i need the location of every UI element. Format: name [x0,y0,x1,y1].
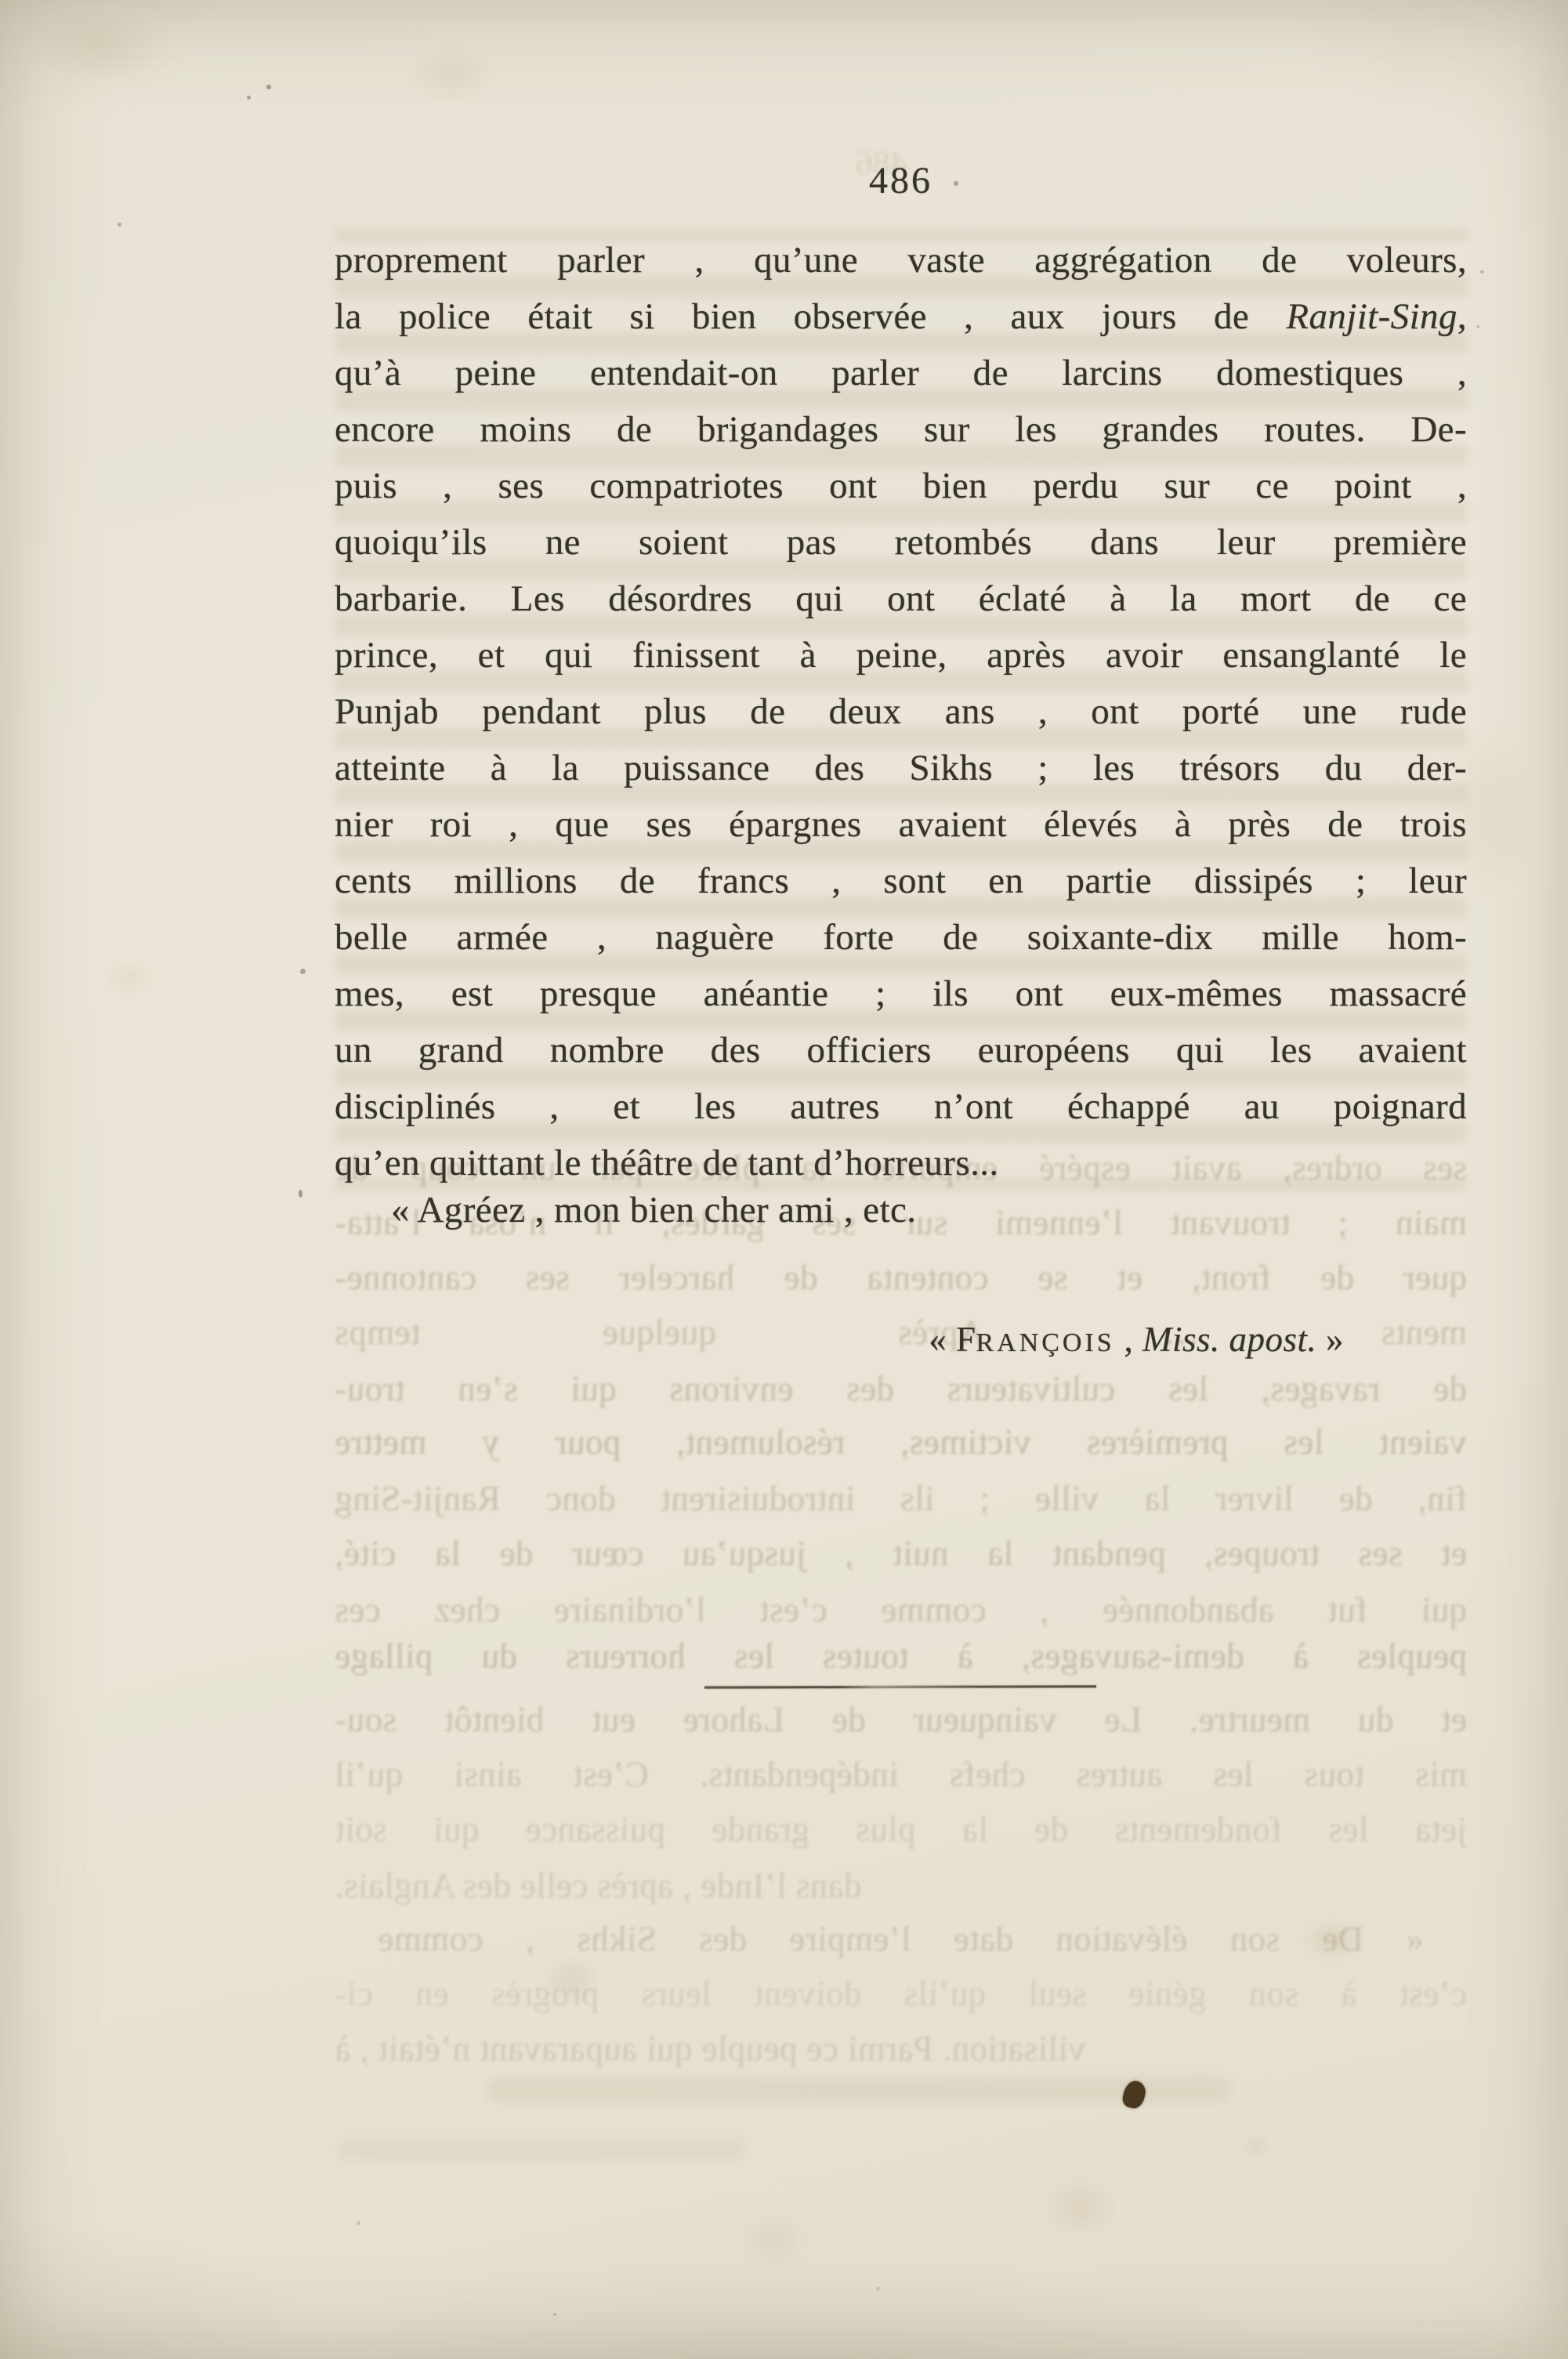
footnote-bleedthrough-smudge [486,2077,1230,2102]
bleedthrough-line: jeta les fondements de la plus grande pu… [335,1804,1467,1854]
bleedthrough-line: mis tous les autres chefs indépendants. … [335,1749,1467,1799]
bleedthrough-line: vilisation. Parmi ce peuple qui auparava… [335,2024,1467,2074]
paragraph-line: Punjab pendant plus de deux ans , ont po… [335,683,1467,740]
signature-close-quote: » [1316,1320,1344,1359]
bleedthrough-line: et du meurtre. Le vainqueur de Lahore eu… [335,1694,1467,1745]
paragraph-line: qu’à peine entendait-on parler de larcin… [335,345,1467,401]
paragraph-line: la police était si bien observée , aux j… [335,288,1467,345]
paragraph-line: disciplinés , et les autres n’ont échapp… [335,1078,1467,1135]
paragraph-line: nier roi , que ses épargnes avaient élev… [335,796,1467,853]
bleedthrough-line: de ravages, les cultivateurs des environ… [335,1364,1467,1414]
bleedthrough-line: dans l’Inde , après celle des Anglais. [335,1861,1467,1911]
paragraph-line: encore moins de brigandages sur les gran… [335,401,1467,458]
paragraph-line: prince, et qui finissent à peine, après … [335,627,1467,683]
signature-line: « FRANÇOIS , Miss. apost. » [335,1311,1467,1368]
paper-speck [299,1190,302,1198]
paper-stain [1301,1919,1363,1962]
paper-speck [1476,325,1479,328]
paper-stain [102,960,157,995]
paper-speck [300,969,306,974]
paper-speck [247,96,251,100]
paragraph-line: atteinte à la puissance des Sikhs ; les … [335,740,1467,796]
bleedthrough-line: et ses troupes, pendant la nuit , jusqu’… [335,1528,1467,1578]
bleedthrough-line: « De son élévation date l’empire des Sik… [335,1914,1467,1964]
bleedthrough-line: vaient les premières victimes, résolumen… [335,1417,1467,1467]
page-number: 486 [335,159,1467,202]
paper-speck [1480,270,1483,274]
bleedthrough-line: quer de front, et se contenta de harcele… [335,1252,1467,1303]
paragraph-line: barbarie. Les désordres qui ont éclaté à… [335,571,1467,627]
paper-stain [539,1955,602,2002]
paragraph-line: quoiqu’ils ne soient pas retombés dans l… [335,514,1467,571]
paper-stain [31,12,165,82]
signature-title: Miss. apost. [1143,1320,1316,1359]
paper-stain [737,2214,811,2265]
paragraph-line: mes, est presque anéantie ; ils ont eux-… [335,966,1467,1022]
bleedthrough-line: peuples à demi-sauvages, à toutes les ho… [335,1631,1467,1681]
bleedthrough-line: qui fut abandonnée , comme c’est l’ordin… [335,1585,1467,1635]
paper-speck [118,223,121,226]
paper-stain [1244,2136,1268,2155]
letter-body: proprement parler , qu’une vaste aggréga… [335,232,1467,1191]
bleedthrough-line: fin, de livrer la ville ; ils introduisi… [335,1473,1467,1524]
paragraph-line: puis , ses compatriotes ont bien perdu s… [335,458,1467,514]
paragraph-line: cents millions de francs , sont en parti… [335,853,1467,909]
paper-speck [266,85,271,89]
paper-stain [407,47,494,102]
bleedthrough-line: c’est à son génie seul qu’ils doivent le… [335,1969,1467,2019]
page-number-dot [954,181,958,186]
paper-speck [553,2313,556,2316]
signature-name-initial: F [956,1320,976,1359]
paragraph-line: belle armée , naguère forte de soixante-… [335,909,1467,966]
paper-speck [876,2287,880,2291]
signature-separator: , [1115,1320,1143,1359]
footnote-bleedthrough-smudge [337,2138,744,2160]
signature-name-smallcaps: RANÇOIS [976,1328,1114,1357]
scanned-book-page: { "page": { "number": "486", "number_gho… [0,0,1568,2359]
paragraph-line: un grand nombre des officiers européens … [335,1022,1467,1078]
paper-stain [1446,729,1532,901]
paper-stain [1041,2177,1119,2236]
paper-speck [357,2221,360,2225]
signature-open-quote: « [929,1320,956,1359]
paragraph-line: proprement parler , qu’une vaste aggréga… [335,232,1467,288]
closing-line: « Agréez , mon bien cher ami , etc. [335,1182,1467,1238]
